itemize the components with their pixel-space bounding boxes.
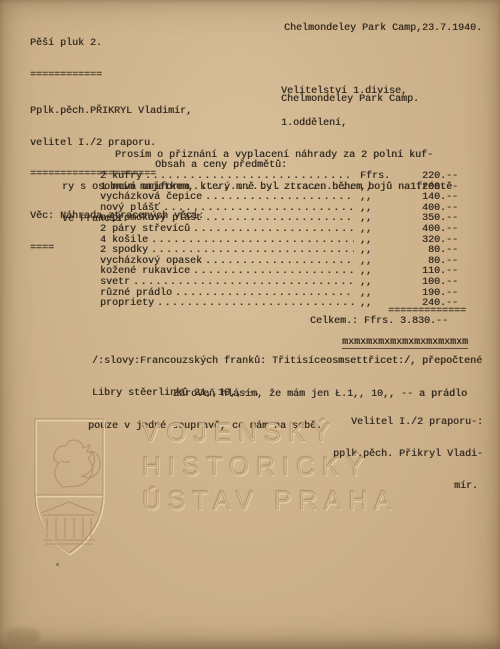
paper-stain <box>431 181 433 183</box>
item-currency: ,, <box>357 246 394 256</box>
item-label: propriety <box>100 299 154 309</box>
unit-name: Pěší pluk 2. <box>30 39 204 50</box>
date-line: Chelmondeley Park Camp,23.7.1940. <box>284 24 482 35</box>
item-value: 400.-- <box>394 225 458 235</box>
item-value: 80.-- <box>394 246 458 256</box>
item-currency: Ffrs. <box>357 172 394 182</box>
dot-leader <box>145 172 354 182</box>
dot-leader <box>205 257 354 267</box>
watermark-text-line1: VOJENSKÝ <box>142 417 337 448</box>
item-value: 100.-- <box>394 278 458 288</box>
paper-stain <box>56 563 59 566</box>
addressee-location: Chelmondeley Park Camp. <box>281 95 419 106</box>
dot-leader <box>205 214 354 224</box>
addressee-line2: 1.oddělení, <box>281 119 407 130</box>
watermark-text-line3: ÚSTAV PRAHA <box>142 485 399 516</box>
dot-leader <box>193 267 354 277</box>
item-row: 4 košile,,320.-- <box>100 236 458 247</box>
dot-leader <box>133 278 354 288</box>
dot-leader <box>193 225 354 235</box>
dot-leader <box>157 299 354 309</box>
officer-name: Pplk.pěch.PŘIKRYL Vladimír, <box>30 107 204 118</box>
item-row: kožené rukavice,,110.-- <box>100 267 458 278</box>
item-value: 220.-- <box>394 172 458 182</box>
item-row: svetr,,100.-- <box>100 278 458 289</box>
item-label: svetr <box>100 278 130 288</box>
scanned-document-page: { "document": { "header_left": { "unit":… <box>0 0 500 649</box>
paper-stain <box>6 628 40 644</box>
dot-leader <box>151 246 354 256</box>
total-line: Celkem.: Ffrs. 3.830.-- <box>310 317 448 328</box>
items-list-title: Obsah a ceny předmětů: <box>155 161 287 172</box>
dot-leader <box>175 289 354 299</box>
item-label: 2 spodky <box>100 246 148 256</box>
dot-leader <box>205 193 354 203</box>
dot-leader <box>193 183 354 193</box>
items-list: 2 kufryFfrs.220.--1 nová uniforma,,1.200… <box>100 172 458 310</box>
watermark-text-line2: HISTORICKÝ <box>142 451 370 482</box>
item-label: 2 páry střevíců <box>100 225 190 235</box>
item-currency: ,, <box>357 278 394 288</box>
amount-words-line1: /:slovy:Francouzských franků: Třitisíceo… <box>92 357 482 368</box>
item-row: 2 kufryFfrs.220.-- <box>100 172 458 183</box>
item-row: 2 páry střevíců,,400.-- <box>100 225 458 236</box>
item-label: 2 kufry <box>100 172 142 182</box>
watermark-shield-icon <box>28 414 110 564</box>
unit-underline: ============ <box>30 71 204 82</box>
item-currency: ,, <box>357 225 394 235</box>
dot-leader <box>151 236 354 246</box>
